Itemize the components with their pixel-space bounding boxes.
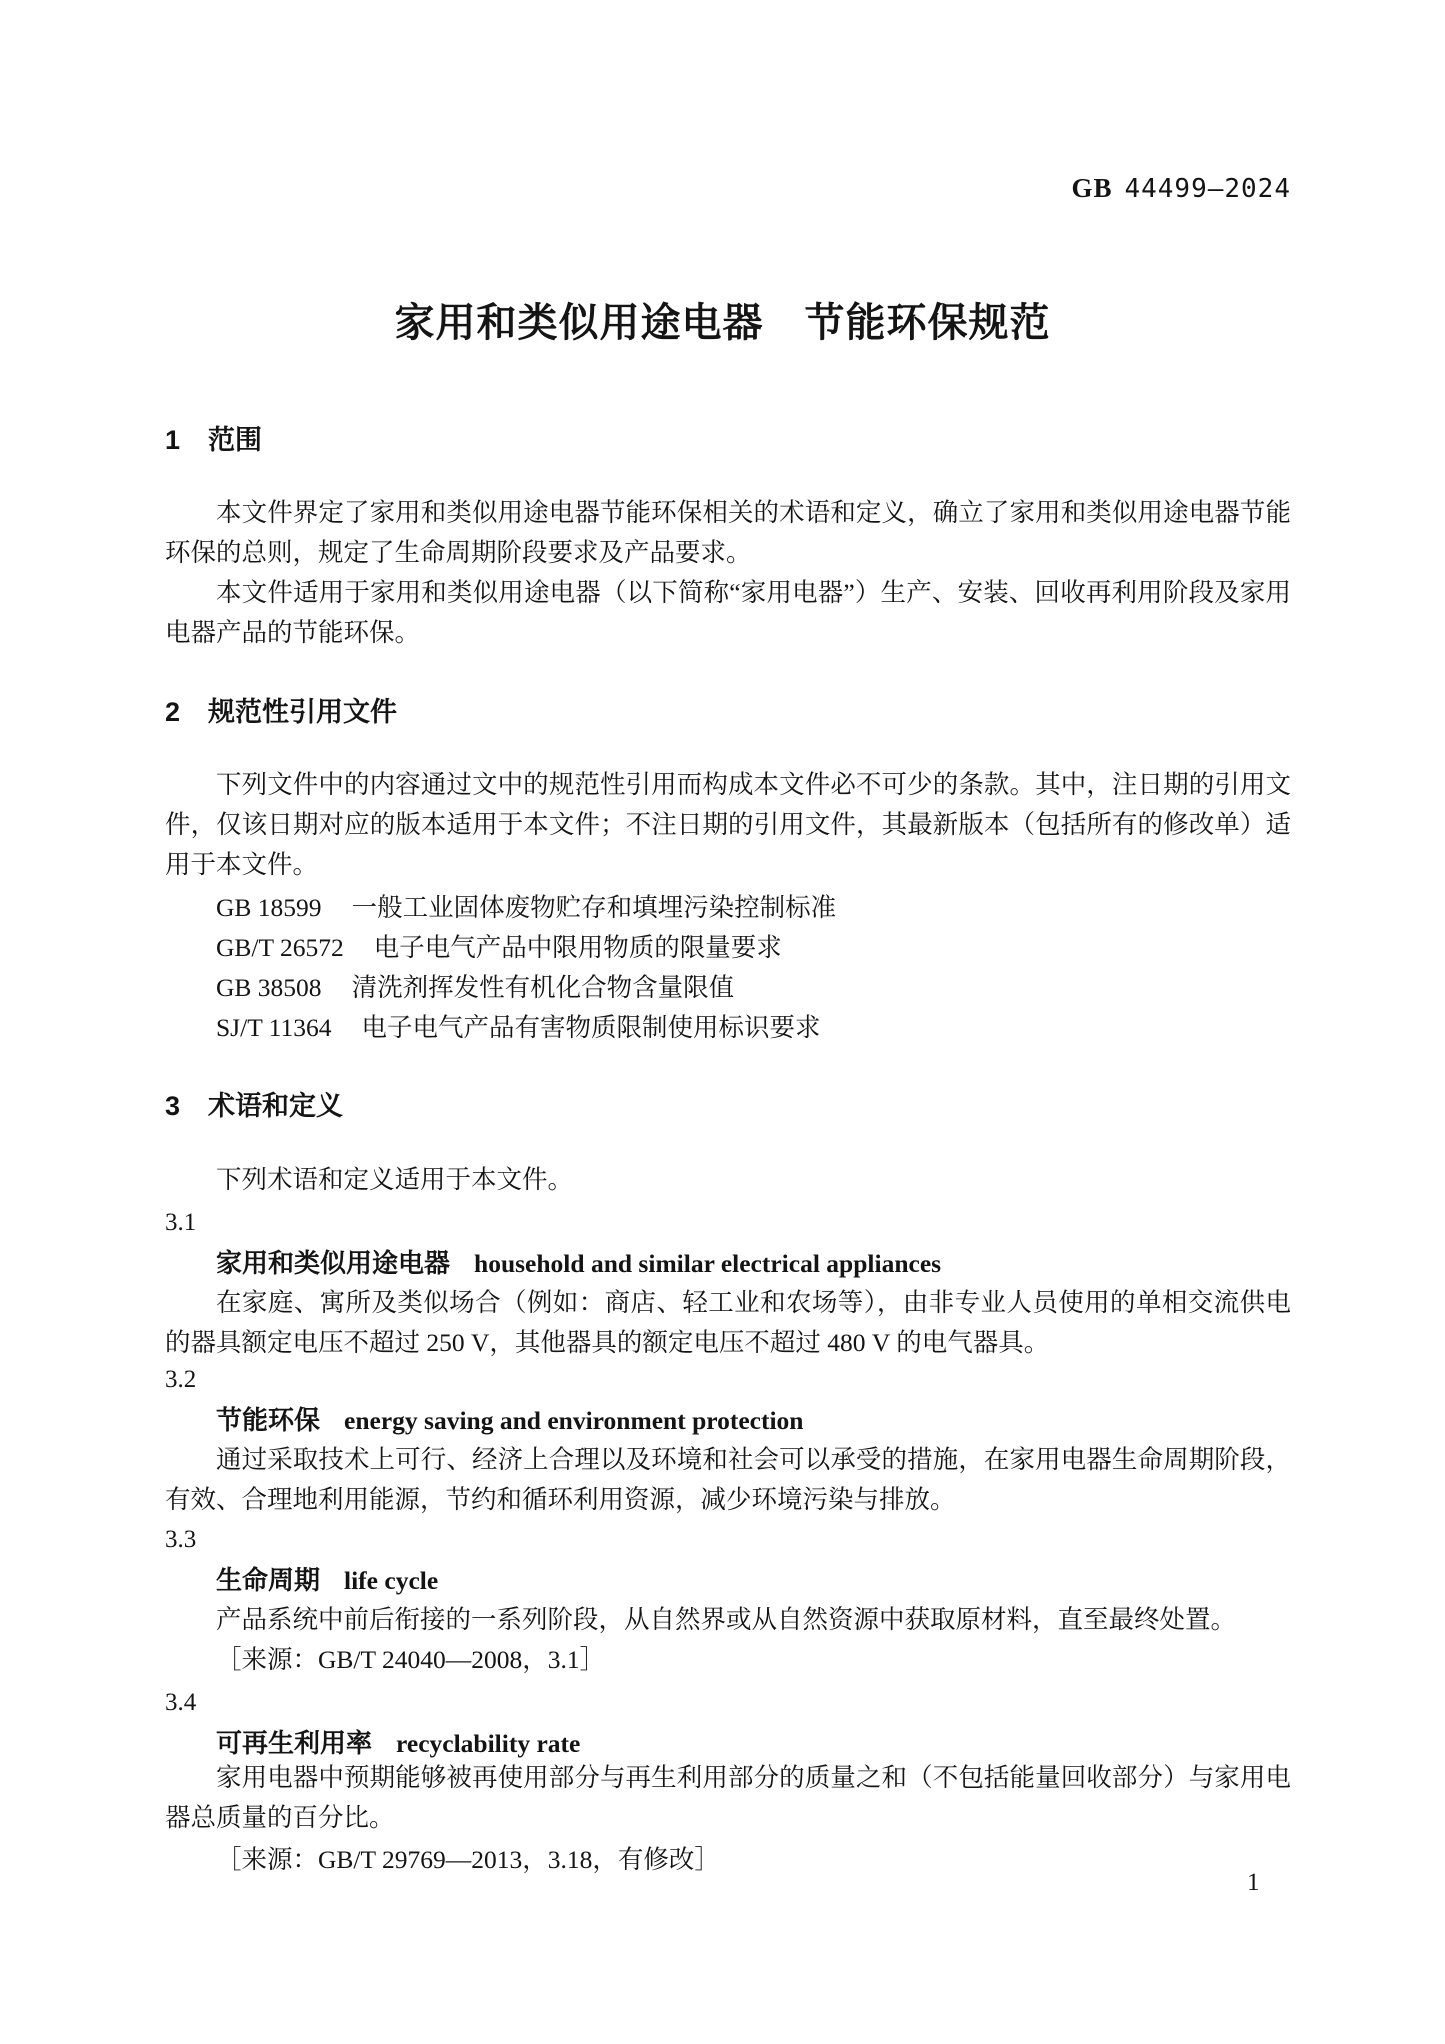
section-1-number: 1 (165, 425, 180, 455)
term-name-zh: 家用和类似用途电器 (216, 1248, 450, 1278)
term-definition: 产品系统中前后衔接的一系列阶段，从自然界或从自然资源中获取原材料，直至最终处置。 (165, 1600, 1291, 1640)
terms-intro: 下列术语和定义适用于本文件。 (165, 1160, 1291, 1200)
term-name: 生命周期life cycle (216, 1560, 1291, 1601)
section-3-heading: 3术语和定义 (165, 1086, 1291, 1126)
section-3-title: 术语和定义 (208, 1091, 343, 1121)
reference-title: 一般工业固体废物贮存和填埋污染控制标准 (352, 893, 837, 922)
term-name-zh: 生命周期 (216, 1565, 320, 1595)
reference-code: GB 18599 (216, 893, 322, 922)
term-name-zh: 节能环保 (216, 1405, 320, 1435)
term-number: 3.1 (165, 1203, 1291, 1243)
term-number: 3.3 (165, 1520, 1291, 1560)
scope-paragraph-2: 本文件适用于家用和类似用途电器（以下简称“家用电器”）生产、安装、回收再利用阶段… (165, 573, 1291, 653)
term-definition: 通过采取技术上可行、经济上合理以及环境和社会可以承受的措施，在家用电器生命周期阶… (165, 1440, 1291, 1520)
document-page: GB44499—2024 家用和类似用途电器 节能环保规范 1范围 本文件界定了… (0, 0, 1445, 2044)
reference-item: GB 18599一般工业固体废物贮存和填埋污染控制标准 (216, 888, 1291, 928)
section-2-heading: 2规范性引用文件 (165, 692, 1291, 732)
reference-code: SJ/T 11364 (216, 1013, 332, 1042)
term-source: ［来源：GB/T 29769—2013，3.18，有修改］ (216, 1840, 1291, 1880)
reference-title: 电子电气产品有害物质限制使用标识要求 (362, 1013, 821, 1042)
reference-title: 电子电气产品中限用物质的限量要求 (374, 933, 782, 962)
term-name-en: household and similar electrical applian… (474, 1249, 941, 1278)
reference-item: SJ/T 11364电子电气产品有害物质限制使用标识要求 (216, 1008, 1291, 1048)
reference-code: GB 38508 (216, 973, 322, 1002)
section-2-title: 规范性引用文件 (208, 697, 397, 727)
term-name-en: energy saving and environment protection (344, 1406, 803, 1435)
term-name-en: life cycle (344, 1566, 438, 1595)
document-content: 1范围 本文件界定了家用和类似用途电器节能环保相关的术语和定义，确立了家用和类似… (165, 0, 1291, 2044)
normative-refs-intro: 下列文件中的内容通过文中的规范性引用而构成本文件必不可少的条款。其中，注日期的引… (165, 765, 1291, 885)
term-number: 3.4 (165, 1683, 1291, 1723)
section-2-number: 2 (165, 697, 180, 727)
reference-item: GB/T 26572电子电气产品中限用物质的限量要求 (216, 928, 1291, 968)
term-number: 3.2 (165, 1360, 1291, 1400)
term-name-zh: 可再生利用率 (216, 1728, 372, 1758)
section-3-number: 3 (165, 1091, 180, 1121)
reference-code: GB/T 26572 (216, 933, 344, 962)
reference-item: GB 38508清洗剂挥发性有机化合物含量限值 (216, 968, 1291, 1008)
term-definition: 在家庭、寓所及类似场合（例如：商店、轻工业和农场等），由非专业人员使用的单相交流… (165, 1283, 1291, 1363)
section-1-heading: 1范围 (165, 420, 1291, 460)
term-definition: 家用电器中预期能够被再使用部分与再生利用部分的质量之和（不包括能量回收部分）与家… (165, 1758, 1291, 1838)
term-name: 节能环保energy saving and environment protec… (216, 1400, 1291, 1441)
term-name: 家用和类似用途电器household and similar electrica… (216, 1243, 1291, 1284)
scope-paragraph-1: 本文件界定了家用和类似用途电器节能环保相关的术语和定义，确立了家用和类似用途电器… (165, 493, 1291, 573)
page-number: 1 (1247, 1866, 1260, 1900)
term-name-en: recyclability rate (396, 1729, 580, 1758)
section-1-title: 范围 (208, 425, 262, 455)
term-source: ［来源：GB/T 24040—2008，3.1］ (216, 1640, 1291, 1680)
reference-title: 清洗剂挥发性有机化合物含量限值 (352, 973, 735, 1002)
